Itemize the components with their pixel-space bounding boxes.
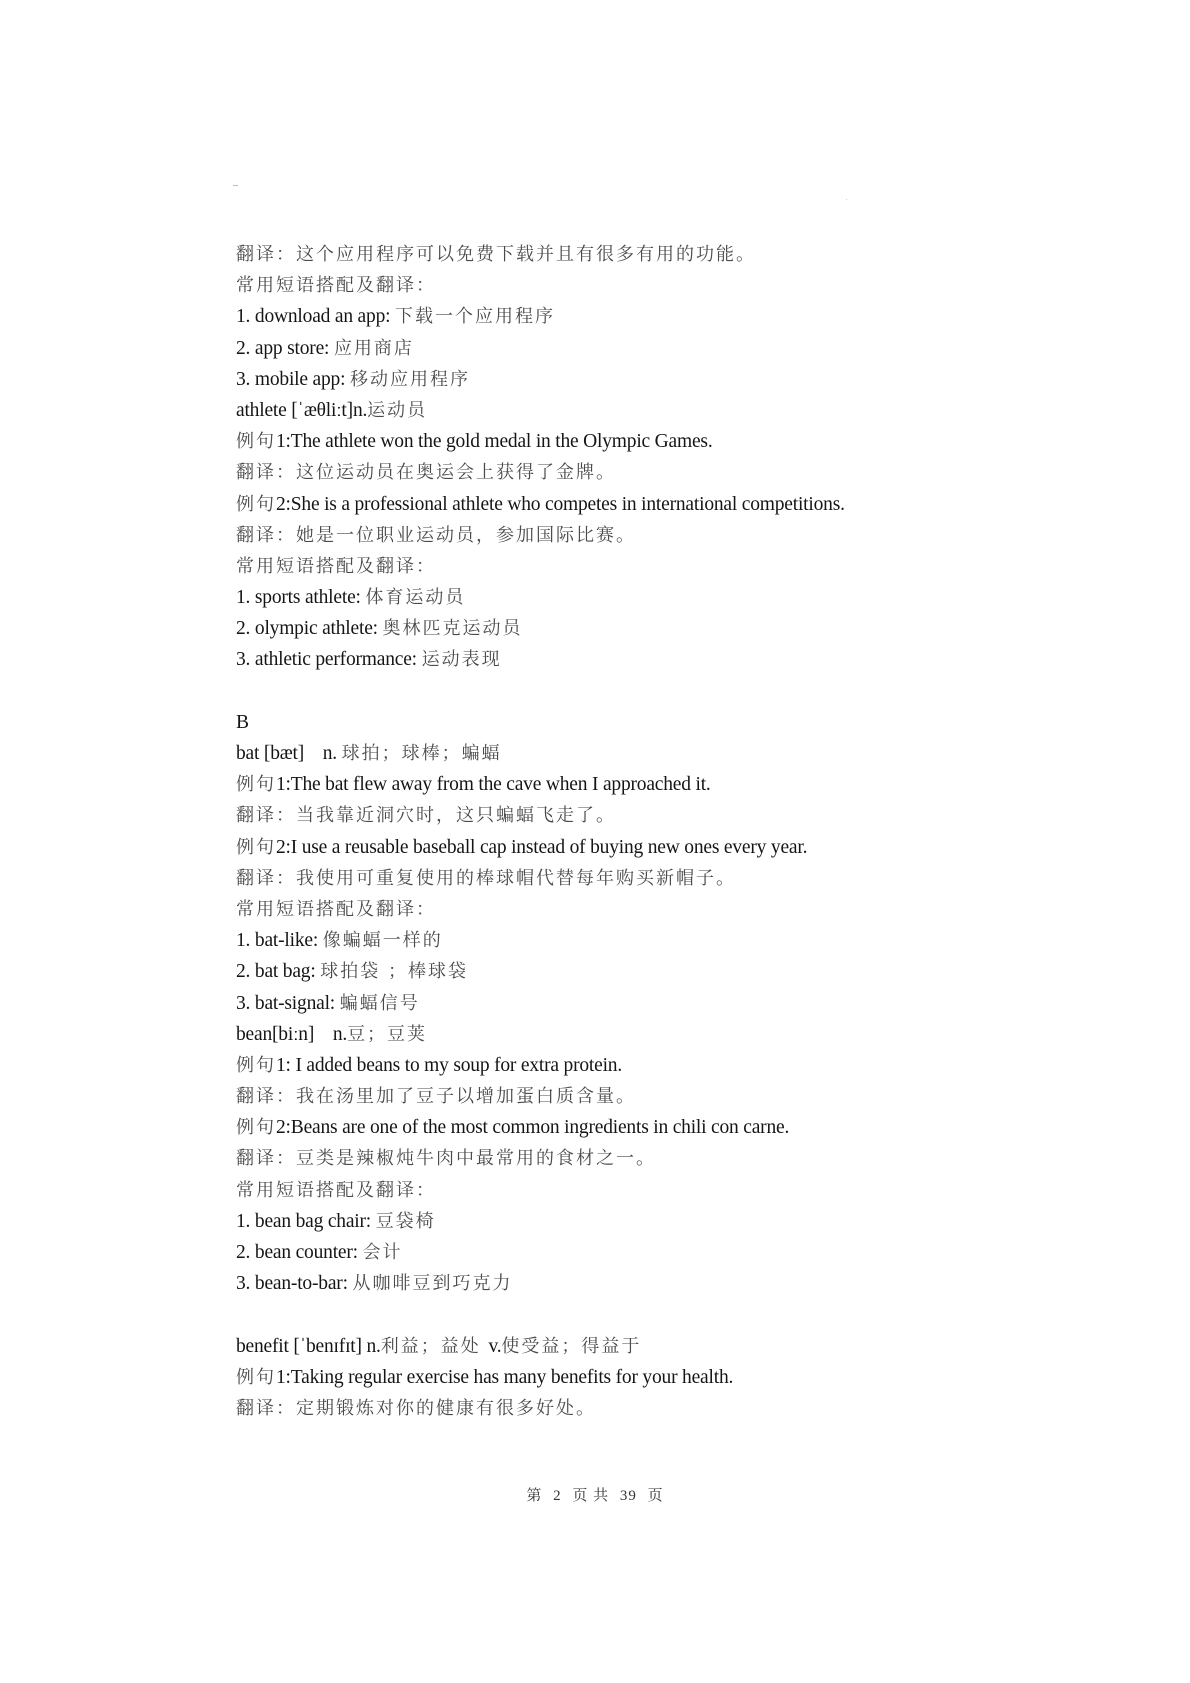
page-suffix: 页 xyxy=(648,1488,664,1504)
example-sentence: 例句1:Taking regular exercise has many ben… xyxy=(236,1362,996,1393)
headword-bean: bean[biːn] n.豆；豆荚 xyxy=(236,1019,996,1050)
document-page: 翻译：这个应用程序可以免费下载并且有很多有用的功能。 常用短语搭配及翻译： 1.… xyxy=(0,0,1190,1683)
vocabulary-content: 翻译：这个应用程序可以免费下载并且有很多有用的功能。 常用短语搭配及翻译： 1.… xyxy=(236,239,996,1424)
translation-line: 翻译：她是一位职业运动员，参加国际比赛。 xyxy=(236,520,996,551)
headword-bat: bat [bæt] n. 球拍；球棒；蝙蝠 xyxy=(236,738,996,769)
phrase-item: 2. bat bag: 球拍袋 ；棒球袋 xyxy=(236,956,996,987)
page-middle: 页 共 xyxy=(572,1488,609,1504)
page-footer: 第 2 页 共 39 页 xyxy=(0,1484,1190,1505)
translation-line: 翻译：这位运动员在奥运会上获得了金牌。 xyxy=(236,457,996,488)
translation-line: 翻译：定期锻炼对你的健康有很多好处。 xyxy=(236,1393,996,1424)
headword-athlete: athlete [ˈæθliːt]n.运动员 xyxy=(236,395,996,426)
total-pages: 39 xyxy=(620,1488,637,1504)
page-prefix: 第 xyxy=(526,1488,542,1504)
example-sentence: 例句2:I use a reusable baseball cap instea… xyxy=(236,832,996,863)
phrase-item: 3. athletic performance: 运动表现 xyxy=(236,644,996,675)
phrase-header: 常用短语搭配及翻译： xyxy=(236,270,996,301)
translation-line: 翻译：当我靠近洞穴时，这只蝙蝠飞走了。 xyxy=(236,800,996,831)
headword-benefit: benefit [ˈbenɪfɪt] n.利益；益处 v.使受益；得益于 xyxy=(236,1331,996,1362)
example-sentence: 例句1:The bat flew away from the cave when… xyxy=(236,769,996,800)
example-sentence: 例句2:Beans are one of the most common ing… xyxy=(236,1112,996,1143)
phrase-header: 常用短语搭配及翻译： xyxy=(236,894,996,925)
example-sentence: 例句1:The athlete won the gold medal in th… xyxy=(236,426,996,457)
phrase-item: 1. bean bag chair: 豆袋椅 xyxy=(236,1206,996,1237)
blank-line xyxy=(236,676,996,707)
phrase-item: 3. bat-signal: 蝙蝠信号 xyxy=(236,988,996,1019)
translation-line: 翻译：这个应用程序可以免费下载并且有很多有用的功能。 xyxy=(236,239,996,270)
phrase-header: 常用短语搭配及翻译： xyxy=(236,1175,996,1206)
phrase-item: 3. bean-to-bar: 从咖啡豆到巧克力 xyxy=(236,1268,996,1299)
scan-mark xyxy=(846,199,847,200)
example-sentence: 例句2:She is a professional athlete who co… xyxy=(236,489,996,520)
blank-line xyxy=(236,1299,996,1330)
phrase-item: 1. sports athlete: 体育运动员 xyxy=(236,582,996,613)
phrase-item: 3. mobile app: 移动应用程序 xyxy=(236,364,996,395)
phrase-item: 2. olympic athlete: 奥林匹克运动员 xyxy=(236,613,996,644)
phrase-header: 常用短语搭配及翻译： xyxy=(236,551,996,582)
translation-line: 翻译：我在汤里加了豆子以增加蛋白质含量。 xyxy=(236,1081,996,1112)
example-sentence: 例句1: I added beans to my soup for extra … xyxy=(236,1050,996,1081)
translation-line: 翻译：豆类是辣椒炖牛肉中最常用的食材之一。 xyxy=(236,1143,996,1174)
phrase-item: 1. bat-like: 像蝙蝠一样的 xyxy=(236,925,996,956)
section-letter: B xyxy=(236,707,996,738)
current-page-number: 2 xyxy=(553,1488,562,1504)
translation-line: 翻译：我使用可重复使用的棒球帽代替每年购买新帽子。 xyxy=(236,863,996,894)
scan-mark xyxy=(233,185,238,186)
phrase-item: 2. bean counter: 会计 xyxy=(236,1237,996,1268)
phrase-item: 1. download an app: 下载一个应用程序 xyxy=(236,301,996,332)
phrase-item: 2. app store: 应用商店 xyxy=(236,333,996,364)
